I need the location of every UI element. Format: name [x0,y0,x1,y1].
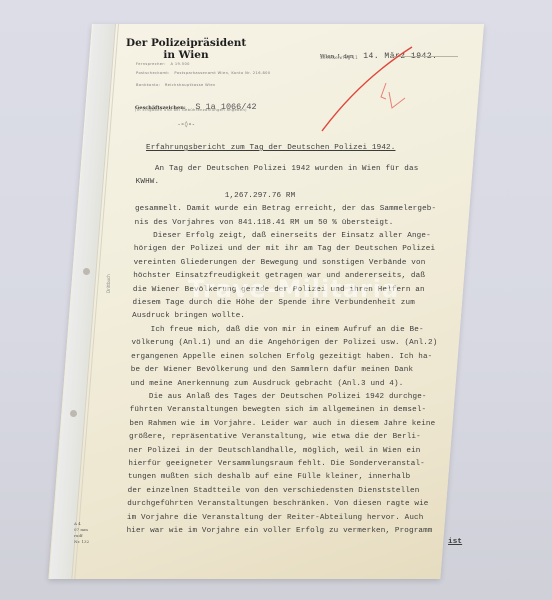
red-pencil-stroke [322,47,412,131]
body-line: Die aus Anlaß des Tages der Deutschen Po… [130,391,437,404]
form-note-line: Nr. 132 [74,539,89,545]
body-line: tungen mußten sich deshalb auf eine Füll… [128,471,437,484]
body-line: im Vorjahre die Veranstaltung der Reiter… [127,512,438,525]
catchword: ist [448,536,462,549]
form-note: A 407 mmrudfNr. 132 [74,521,89,545]
body-line: größere, repräsentative Veranstaltung, w… [129,431,437,444]
body-line: gesammelt. Damit wurde ein Betrag erreic… [135,203,437,216]
body-line: nis des Vorjahres von 841.118.41 RM um 5… [135,217,438,230]
body-line: hörigen der Polizei und der mit ihr am T… [134,243,438,256]
body-line: Dieser Erfolg zeigt, daß einerseits der … [134,230,437,243]
body-line: 1,267.297.76 RM [135,190,437,203]
body-line: be der Wiener Bevölkerung und den Sammle… [131,364,438,377]
body-line: und meine Anerkennung zum Ausdruck gebra… [130,378,437,391]
body-line: KWHW. [136,176,438,189]
body-line: Ich freue mich, daß die von mir in einem… [132,324,438,337]
photo-stage: Der Polizeipräsident in Wien Fernspreche… [0,0,552,600]
body-line: völkerung (Anl.1) und an die Angehörigen… [131,337,437,350]
body-line: führten Veranstaltungen bewegten sich im… [130,404,438,417]
document-subject: Erfahrungsbericht zum Tag der Deutschen … [146,142,395,155]
margin-vertical-label: Drittbuch [106,274,111,293]
document-body: An Tag der Deutschen Polizei 1942 wurden… [136,163,437,538]
body-line: An Tag der Deutschen Polizei 1942 wurden… [136,163,437,176]
body-line: hierfür geeigneter Versammlungsraum fehl… [128,458,437,471]
document-content: Der Polizeipräsident in Wien Fernspreche… [0,0,552,600]
body-line: vereinten Gliederungen der Bewegung und … [134,257,438,270]
body-line: ner Polizei in der Deutschlandhalle, mög… [129,445,438,458]
body-line: ergangenen Appelle einen solchen Erfolg … [131,351,437,364]
body-line: Ausdruck bringen wollte. [132,310,437,323]
body-line: der einzelnen Stadtteile von den verschi… [128,485,438,498]
body-line: durchgeführten Veranstaltungen beschränk… [127,498,437,511]
watermark: Trave-Militaria [188,275,399,303]
body-line: hier war wie im Vorjahre ein voller Erfo… [127,525,438,538]
body-line: ben Rahmen wie im Vorjahre. Leider war a… [129,418,437,431]
handwritten-initial [381,83,405,108]
